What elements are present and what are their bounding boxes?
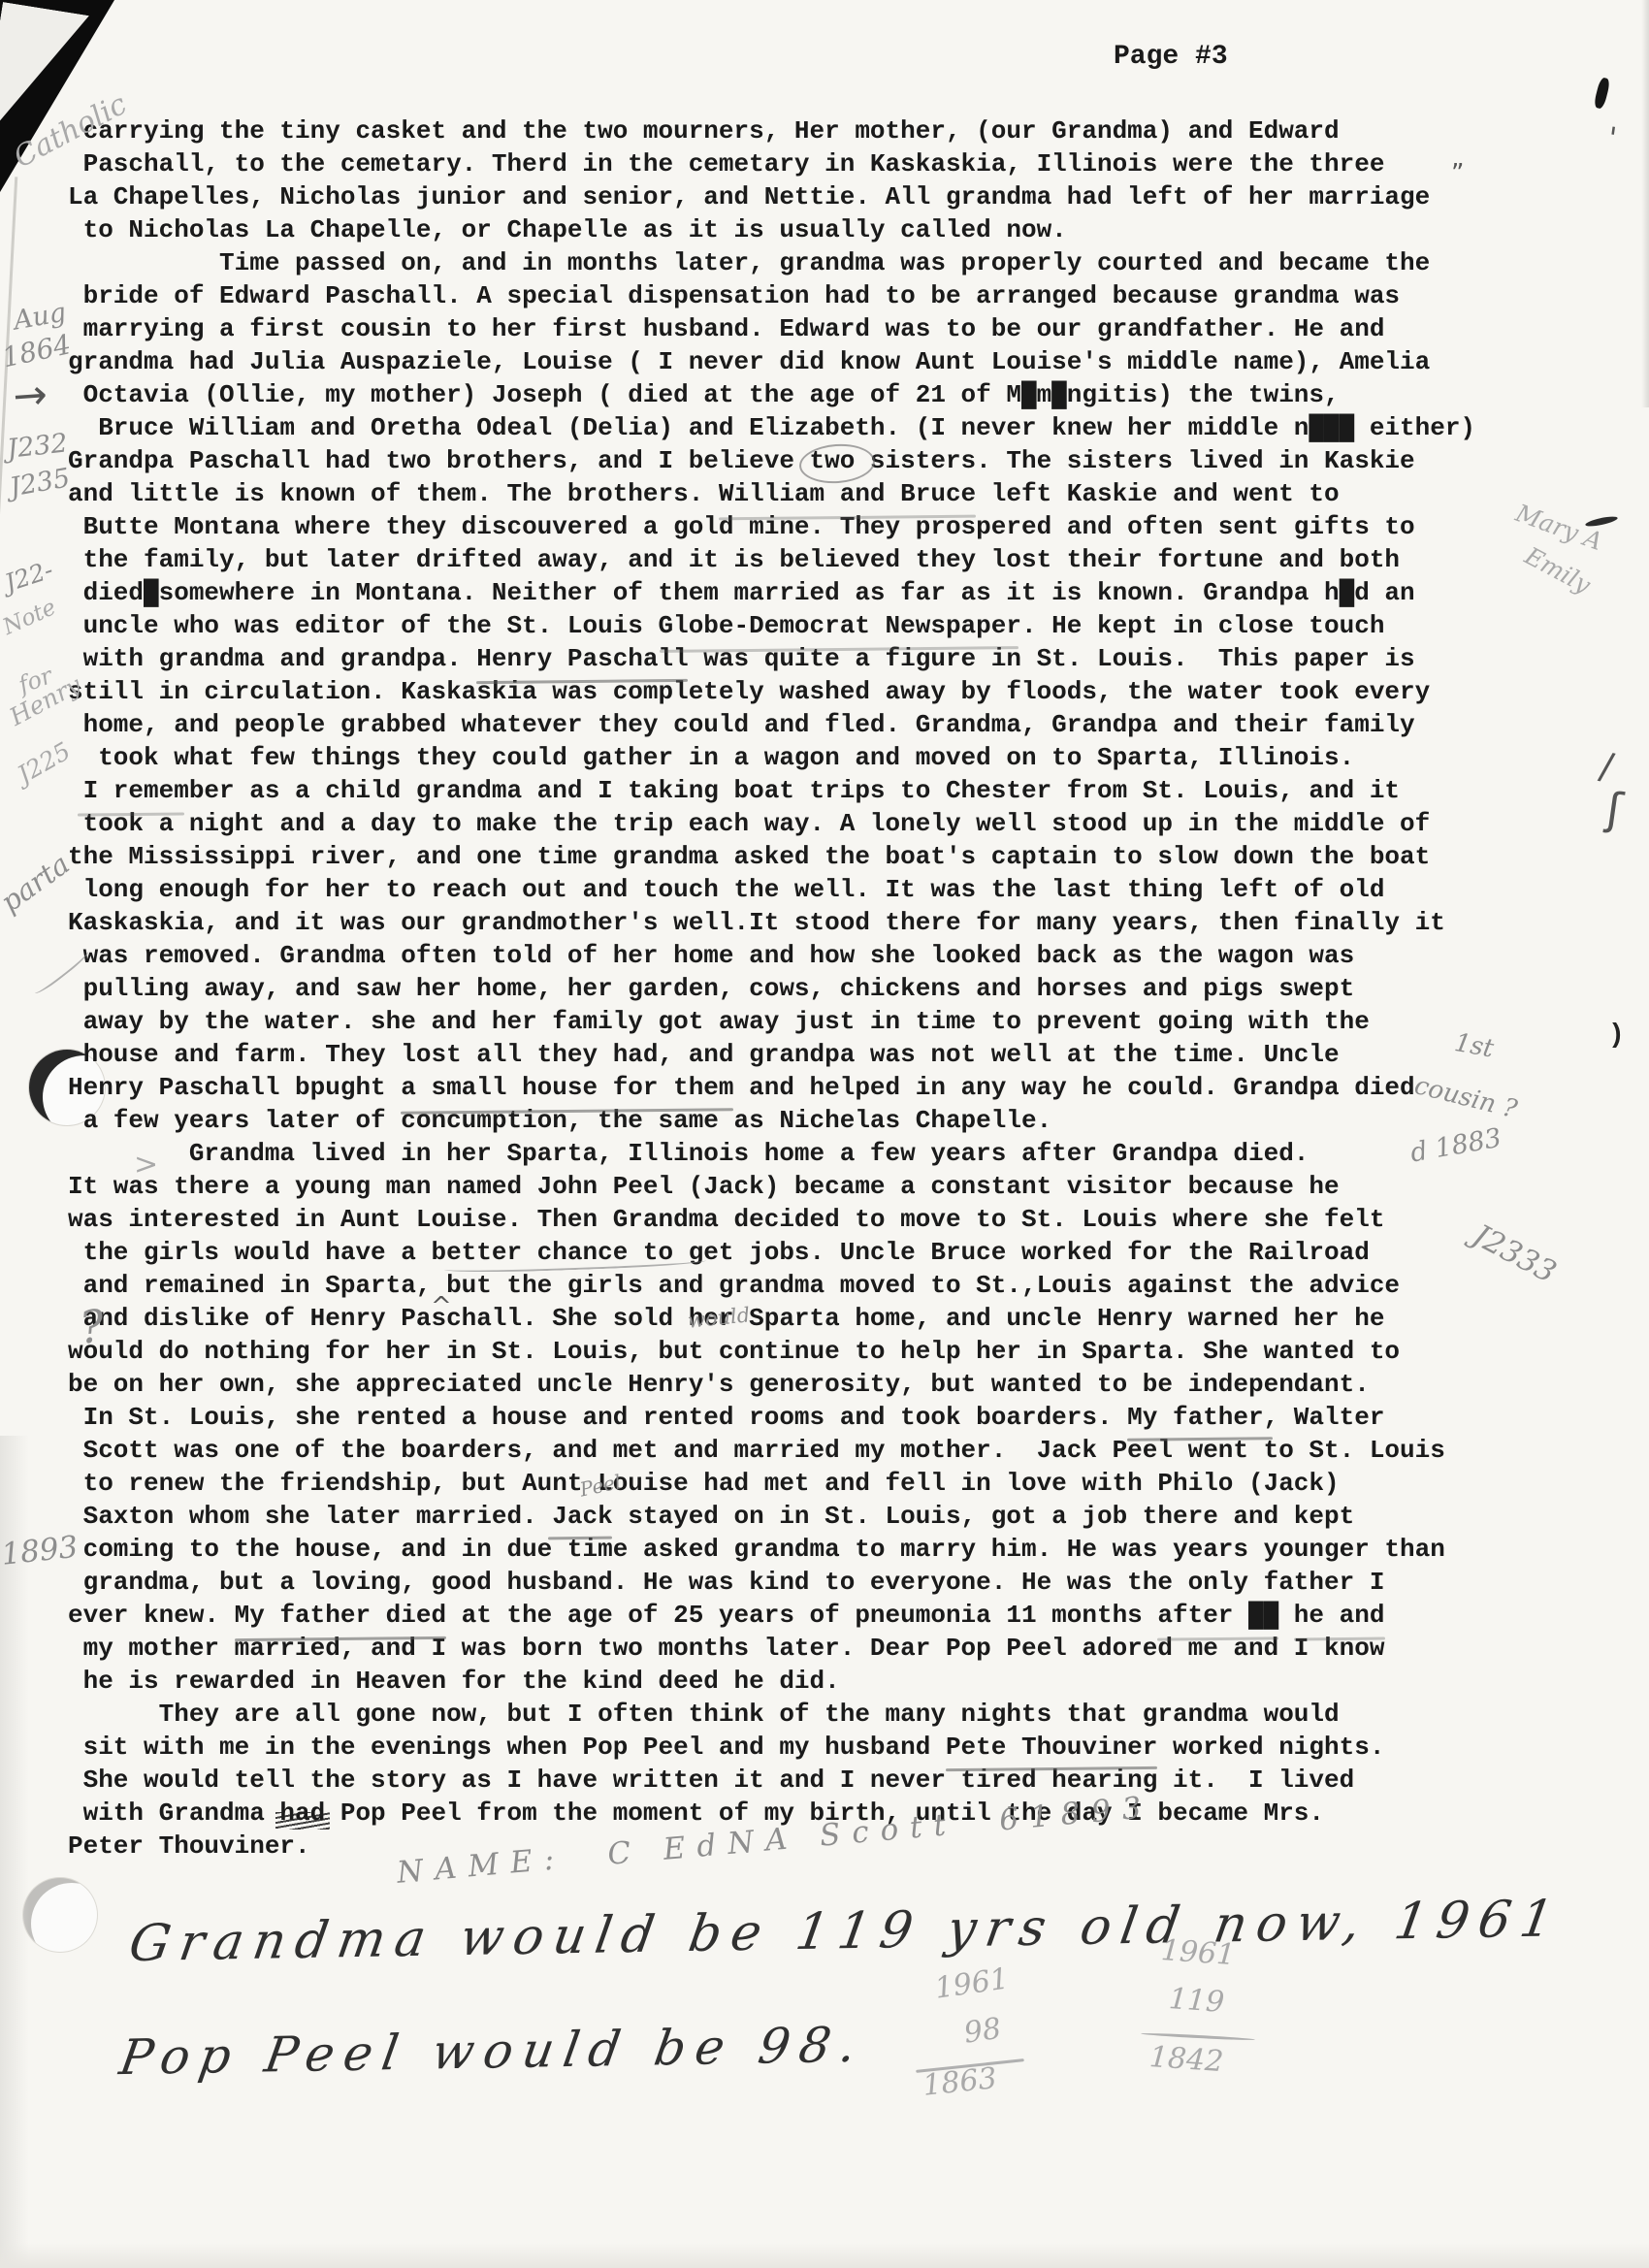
typed-line: the girls would have a better chance to … xyxy=(68,1236,1475,1269)
typed-line: Bruce William and Oretha Odeal (Delia) a… xyxy=(68,411,1475,444)
typed-line: away by the water. she and her family go… xyxy=(68,1005,1475,1038)
hole-punch-icon xyxy=(23,1878,97,1952)
typed-line: Henry Paschall bpught a small house for … xyxy=(68,1071,1475,1104)
page-number-header: Page #3 xyxy=(1114,43,1228,72)
calc1-1961: 1961 xyxy=(933,1964,1011,2003)
typed-line: died█somewhere in Montana. Neither of th… xyxy=(68,576,1475,609)
typed-line: pulling away, and saw her home, her gard… xyxy=(68,972,1475,1005)
margin-note-j225: J225 xyxy=(14,738,75,788)
typed-line: Saxton whom she later married. Jack stay… xyxy=(68,1500,1475,1533)
typed-line: Paschall, to the cemetary. Therd in the … xyxy=(68,147,1475,180)
calc2-119: 119 xyxy=(1168,1985,1225,2018)
margin-note-j232: J232 xyxy=(6,430,69,462)
arrow-grandma-lived: > xyxy=(134,1150,158,1180)
typed-line: bride of Edward Paschall. A special disp… xyxy=(68,279,1475,312)
scrawl-pop-age: Pop Peel would be 98. xyxy=(116,2021,869,2083)
calc1-1863: 1863 xyxy=(921,2064,998,2101)
quote-mark-marriage: ” xyxy=(1451,161,1464,186)
typed-line: uncle who was editor of the St. Louis Gl… xyxy=(68,609,1475,642)
typed-line: and little is known of them. The brother… xyxy=(68,477,1475,510)
strikeout-mark xyxy=(275,1812,330,1830)
typed-line: and remained in Sparta, but the girls an… xyxy=(68,1269,1475,1302)
edge-mark-curl: ʃ xyxy=(1604,786,1626,832)
edge-mark-slash: / xyxy=(1597,747,1616,786)
typed-line: grandma had Julia Auspaziele, Louise ( I… xyxy=(68,345,1475,378)
typed-line: Octavia (Ollie, my mother) Joseph ( died… xyxy=(68,378,1475,411)
typed-line: Grandpa Paschall had two brothers, and I… xyxy=(68,444,1475,477)
typed-line: with grandma and grandpa. Henry Paschall… xyxy=(68,642,1475,675)
margin-note-note: Note xyxy=(0,597,59,639)
typed-line: a few years later of concumption, the sa… xyxy=(68,1104,1475,1137)
typed-line: She would tell the story as I have writt… xyxy=(68,1764,1475,1797)
typed-line: They are all gone now, but I often think… xyxy=(68,1698,1475,1731)
edge-tick-top: ' xyxy=(1606,124,1618,154)
typed-line: took a night and a day to make the trip … xyxy=(68,807,1475,840)
typed-line: I remember as a child grandma and I taki… xyxy=(68,774,1475,807)
margin-note-j2333: J2333 xyxy=(1468,1220,1560,1288)
margin-note-mary-a: Mary A xyxy=(1512,501,1605,554)
interline-caret: ^ xyxy=(431,1294,452,1319)
margin-arrow-octavia: → xyxy=(12,374,48,417)
margin-note-j22: J22- xyxy=(2,557,56,595)
typed-line: took what few things they could gather i… xyxy=(68,741,1475,774)
typed-line: the Mississippi river, and one time gran… xyxy=(68,840,1475,873)
typed-line: was interested in Aunt Louise. Then Gran… xyxy=(68,1203,1475,1236)
scrawl-grandma-age: Grandma would be 119 yrs old now, 1961 xyxy=(126,1894,1567,1969)
typed-line: he is rewarded in Heaven for the kind de… xyxy=(68,1665,1475,1698)
typed-line: would do nothing for her in St. Louis, b… xyxy=(68,1335,1475,1368)
typed-line: Time passed on, and in months later, gra… xyxy=(68,246,1475,279)
typed-paren-mark: ) xyxy=(1608,1022,1625,1050)
typed-line: long enough for her to reach out and tou… xyxy=(68,873,1475,906)
typed-line: be on her own, she appreciated uncle Hen… xyxy=(68,1368,1475,1401)
margin-note-1864: 1864 xyxy=(0,331,74,372)
typed-line: home, and people grabbed whatever they c… xyxy=(68,708,1475,741)
typed-line: La Chapelles, Nicholas junior and senior… xyxy=(68,180,1475,213)
typed-line: was removed. Grandma often told of her h… xyxy=(68,939,1475,972)
typed-line: Butte Montana where they discouvered a g… xyxy=(68,510,1475,543)
margin-note-1st: 1st xyxy=(1452,1030,1495,1062)
typed-line: Kaskaskia, and it was our grandmother's … xyxy=(68,906,1475,939)
margin-note-j235: J235 xyxy=(8,465,72,501)
typed-line: house and farm. They lost all they had, … xyxy=(68,1038,1475,1071)
margin-note-1893: 1893 xyxy=(0,1533,80,1571)
margin-note-parta: parta xyxy=(0,850,75,918)
typed-body: carrying the tiny casket and the two mou… xyxy=(68,114,1475,1863)
typed-line: grandma, but a loving, good husband. He … xyxy=(68,1566,1475,1599)
typed-line: marrying a first cousin to her first hus… xyxy=(68,312,1475,345)
calc2-1961: 1961 xyxy=(1160,1936,1236,1970)
typed-line: to renew the friendship, but Aunt Louise… xyxy=(68,1467,1475,1500)
scanned-document-page: Page #3 carrying the tiny casket and the… xyxy=(0,0,1649,2268)
calc1-98: 98 xyxy=(962,2015,1003,2049)
scan-edge-mark xyxy=(1593,77,1610,110)
typed-line: Grandma lived in her Sparta, Illinois ho… xyxy=(68,1137,1475,1170)
scan-shadow-bottom xyxy=(0,2243,1649,2268)
typed-line: In St. Louis, she rented a house and ren… xyxy=(68,1401,1475,1434)
typed-line: sit with me in the evenings when Pop Pee… xyxy=(68,1731,1475,1764)
typed-line: coming to the house, and in due time ask… xyxy=(68,1533,1475,1566)
calc2-1842: 1842 xyxy=(1148,2043,1224,2077)
typed-line: the family, but later drifted away, and … xyxy=(68,543,1475,576)
typed-line: ever knew. My father died at the age of … xyxy=(68,1599,1475,1632)
typed-line: It was there a young man named John Peel… xyxy=(68,1170,1475,1203)
typed-line: to Nicholas La Chapelle, or Chapelle as … xyxy=(68,213,1475,246)
margin-question-mark: ? xyxy=(78,1303,106,1349)
typed-line: still in circulation. Kaskaskia was comp… xyxy=(68,675,1475,708)
scan-shadow-right xyxy=(1641,0,1649,407)
typed-line: carrying the tiny casket and the two mou… xyxy=(68,114,1475,147)
typed-line: and dislike of Henry Paschall. She sold … xyxy=(68,1302,1475,1335)
